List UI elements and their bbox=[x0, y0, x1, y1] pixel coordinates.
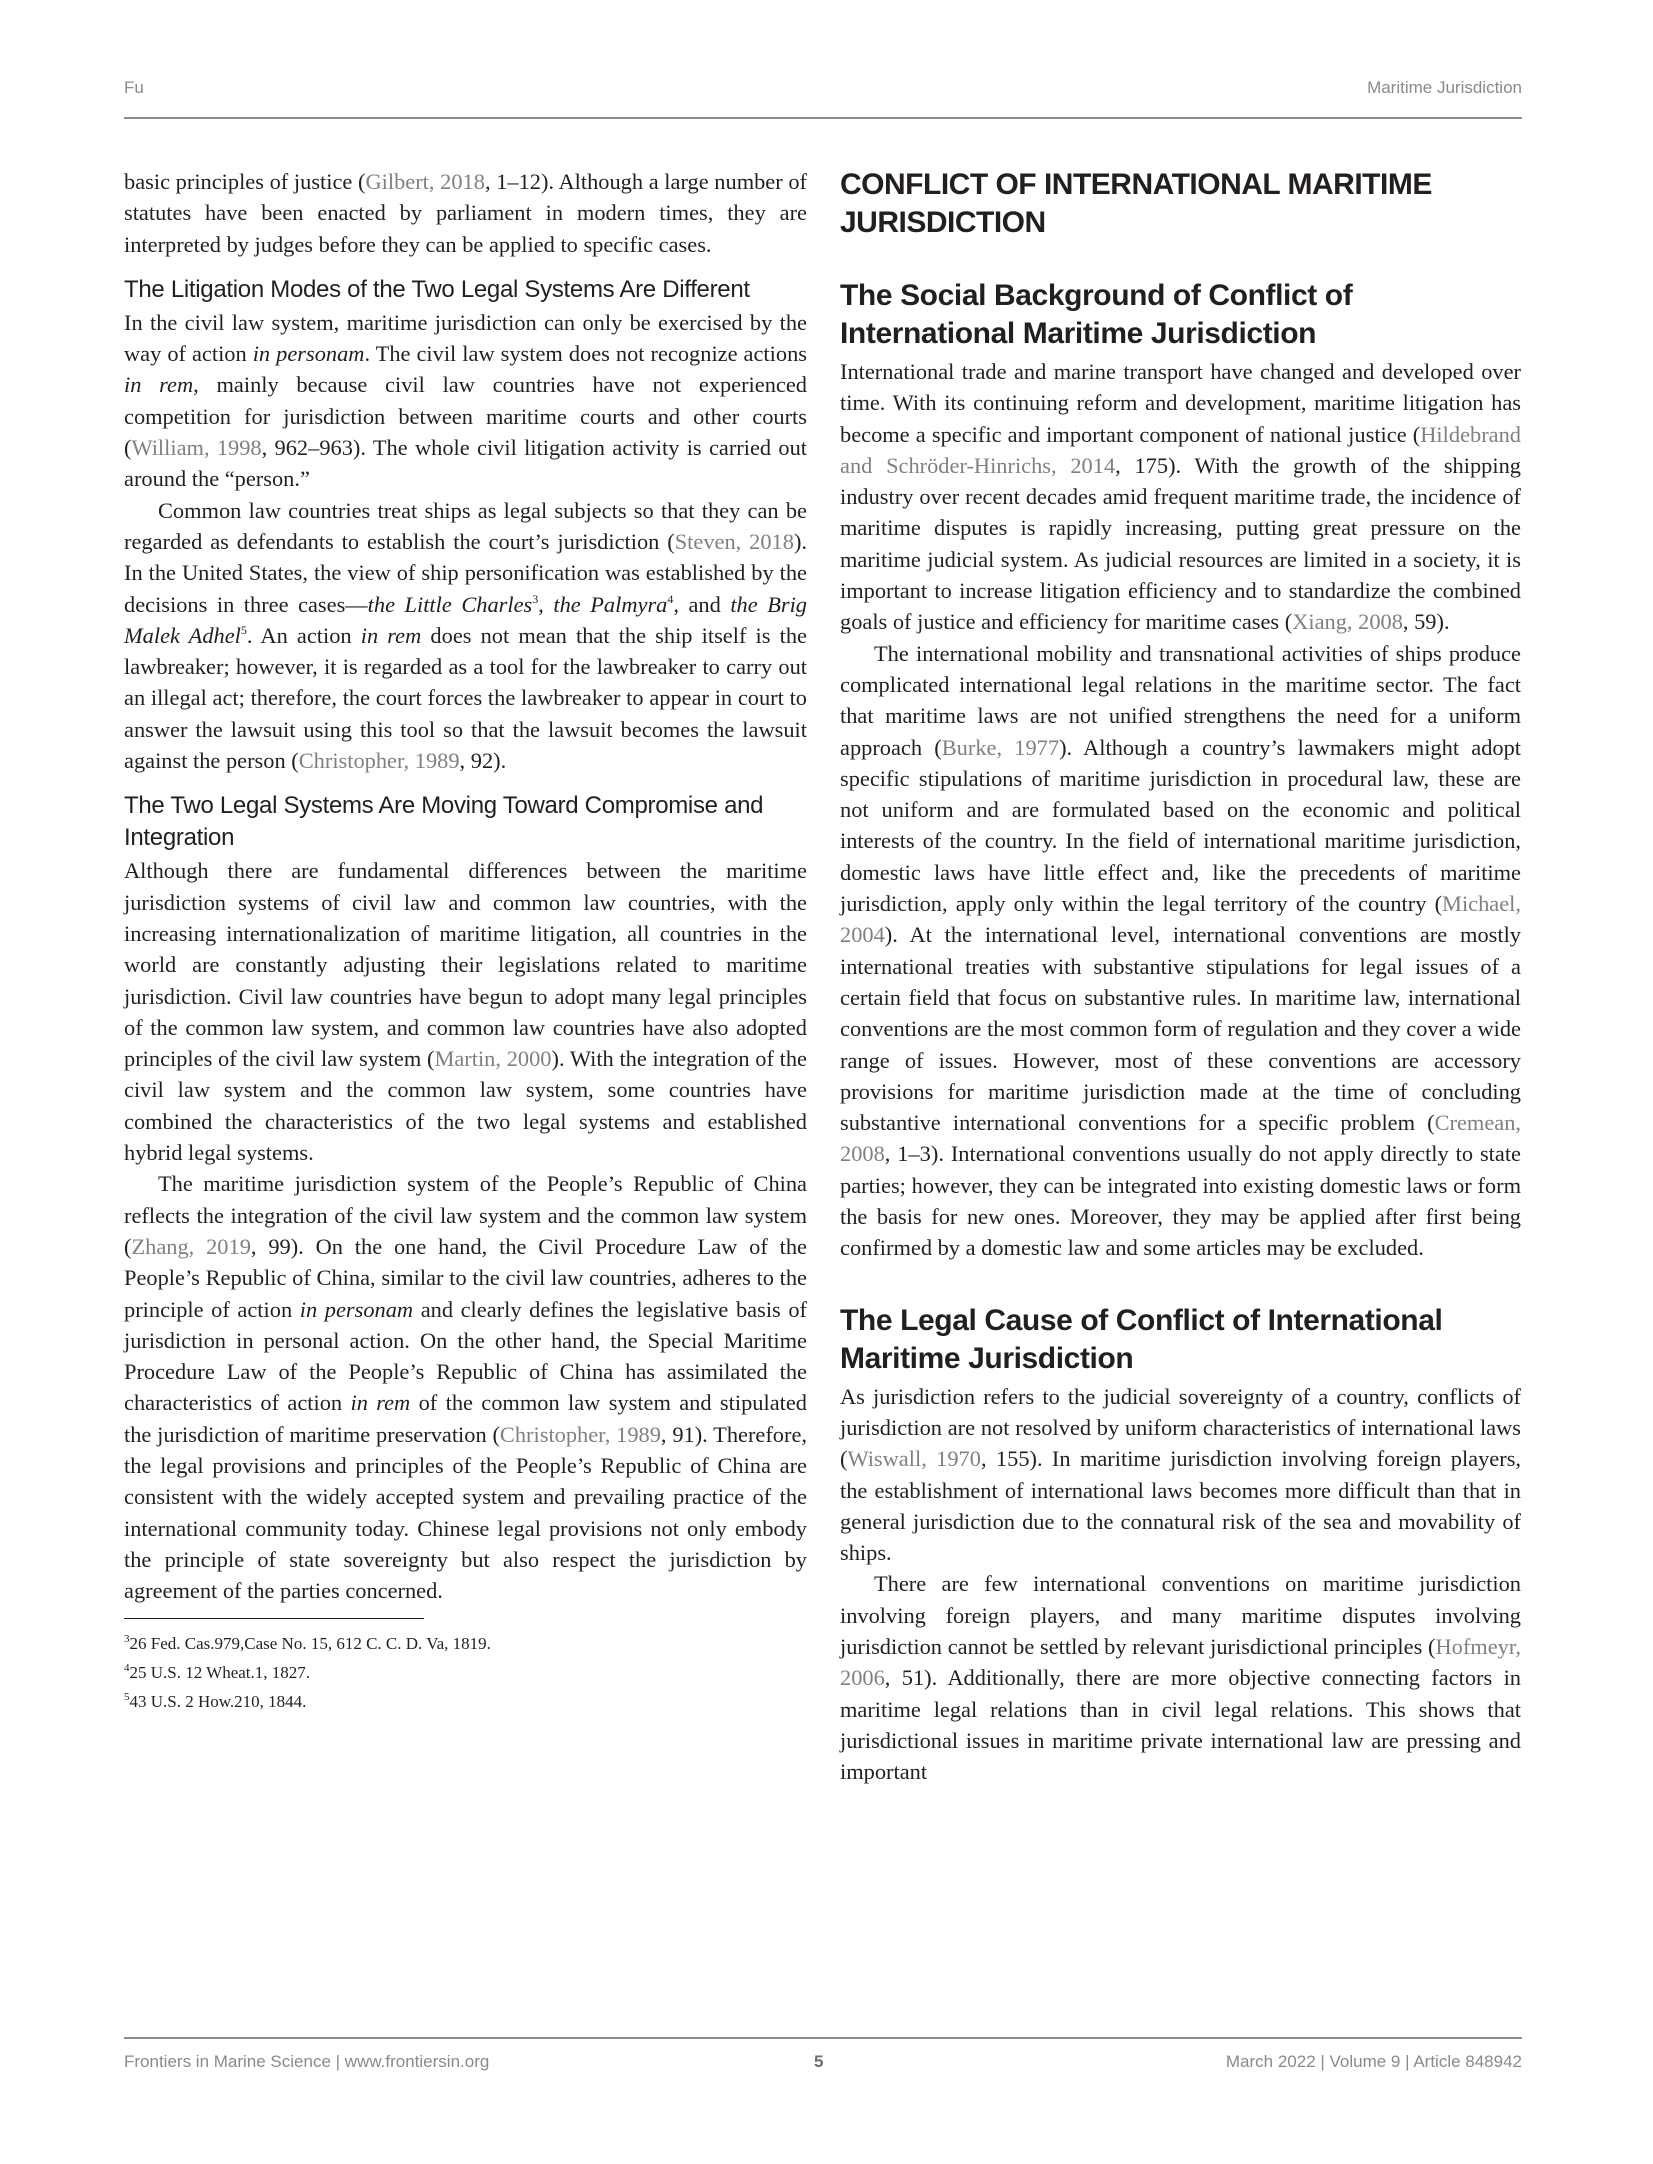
paragraph: As jurisdiction refers to the judicial s… bbox=[840, 1381, 1521, 1569]
right-column: CONFLICT OF INTERNATIONAL MARITIME JURIS… bbox=[840, 166, 1521, 1787]
subsection-heading-social-background: The Social Background of Conflict of Int… bbox=[840, 277, 1521, 353]
citation-link[interactable]: William, 1998 bbox=[131, 435, 261, 460]
citation-link[interactable]: Gilbert, 2018 bbox=[365, 169, 484, 194]
citation-link[interactable]: Christopher, 1989 bbox=[299, 748, 460, 773]
paragraph: The maritime jurisdiction system of the … bbox=[124, 1168, 807, 1606]
footnote-divider bbox=[124, 1618, 424, 1619]
subsection-heading-legal-cause: The Legal Cause of Conflict of Internati… bbox=[840, 1302, 1521, 1378]
footer-divider bbox=[124, 2037, 1522, 2039]
paragraph: International trade and marine transport… bbox=[840, 356, 1521, 638]
running-head: Fu Maritime Jurisdiction bbox=[124, 78, 1522, 102]
running-head-author: Fu bbox=[124, 78, 144, 98]
paragraph: Common law countries treat ships as lega… bbox=[124, 495, 807, 777]
journal-info: Frontiers in Marine Science | www.fronti… bbox=[124, 2052, 489, 2072]
citation-link[interactable]: Wiswall, 1970 bbox=[847, 1446, 980, 1471]
subsection-heading-compromise: The Two Legal Systems Are Moving Toward … bbox=[124, 790, 807, 854]
running-head-title: Maritime Jurisdiction bbox=[1367, 78, 1522, 98]
citation-link[interactable]: Steven, 2018 bbox=[675, 529, 794, 554]
issue-info: March 2022 | Volume 9 | Article 848942 bbox=[1226, 2052, 1522, 2072]
page-number: 5 bbox=[814, 2052, 823, 2072]
footnote: 543 U.S. 2 How.210, 1844. bbox=[124, 1687, 807, 1716]
footnote: 326 Fed. Cas.979,Case No. 15, 612 C. C. … bbox=[124, 1629, 807, 1658]
citation-link[interactable]: Burke, 1977 bbox=[942, 735, 1059, 760]
paragraph: In the civil law system, maritime jurisd… bbox=[124, 307, 807, 495]
paragraph: There are few international conventions … bbox=[840, 1568, 1521, 1787]
citation-link[interactable]: Xiang, 2008 bbox=[1292, 609, 1403, 634]
left-column: basic principles of justice (Gilbert, 20… bbox=[124, 166, 807, 1716]
section-heading: CONFLICT OF INTERNATIONAL MARITIME JURIS… bbox=[840, 166, 1521, 242]
header-divider bbox=[124, 117, 1522, 119]
page-footer: Frontiers in Marine Science | www.fronti… bbox=[124, 2052, 1522, 2076]
citation-link[interactable]: Zhang, 2019 bbox=[131, 1234, 250, 1259]
paragraph: The international mobility and transnati… bbox=[840, 638, 1521, 1264]
citation-link[interactable]: Martin, 2000 bbox=[434, 1046, 551, 1071]
paragraph: Although there are fundamental differenc… bbox=[124, 855, 807, 1168]
footnote: 425 U.S. 12 Wheat.1, 1827. bbox=[124, 1658, 807, 1687]
citation-link[interactable]: Christopher, 1989 bbox=[500, 1422, 661, 1447]
subsection-heading-litigation-modes: The Litigation Modes of the Two Legal Sy… bbox=[124, 274, 807, 306]
paragraph: basic principles of justice (Gilbert, 20… bbox=[124, 166, 807, 260]
